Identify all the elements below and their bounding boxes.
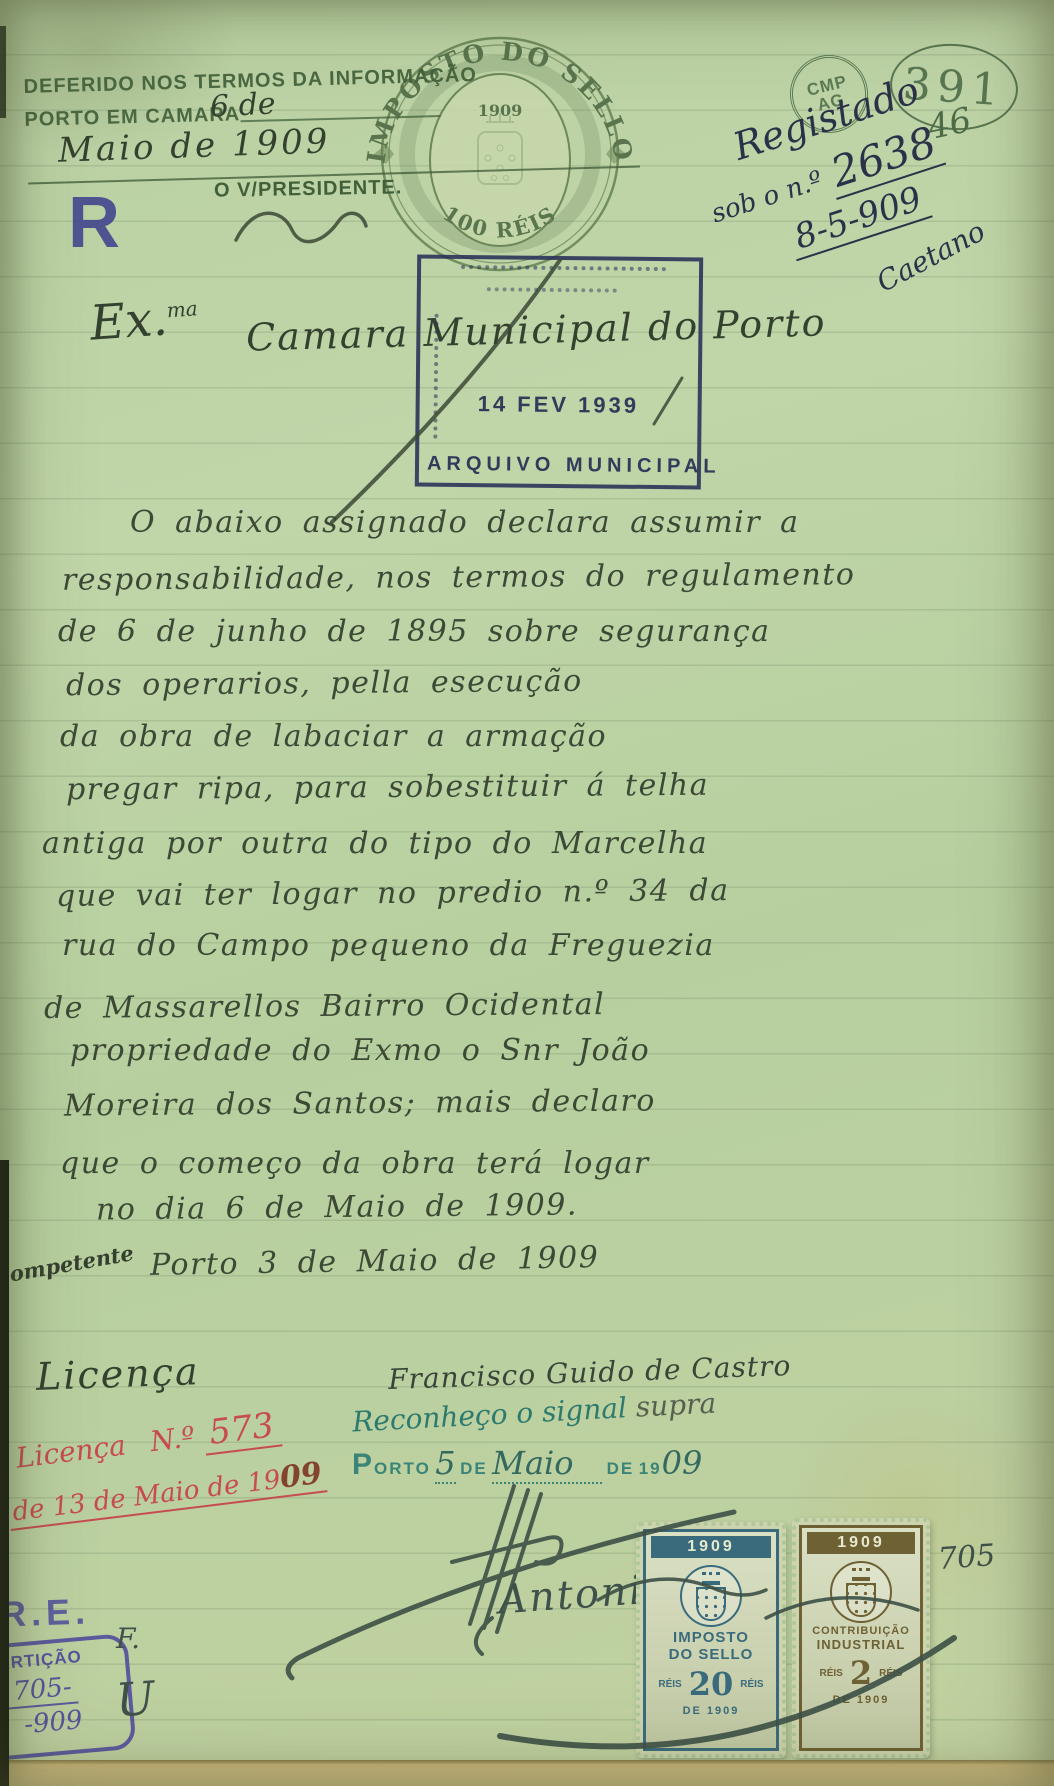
body-line: que o começo da obra terá logar [60,1146,650,1181]
body-line: de 6 de junho de 1895 sobre segurança [58,614,771,649]
licence-number: 573 [201,1405,282,1456]
number-705: 705 [937,1538,997,1577]
r-mark: R [68,182,120,264]
stamp-worn-marks [433,314,438,439]
body-line: antiga por outra do tipo do Marcelha [42,826,708,861]
body-line: propriedade do Exmo o Snr João [70,1033,650,1068]
handwritten-day: 6 de [209,86,276,124]
stamp-value-row: RÉIS 2 RÉIS [802,1654,920,1692]
seal-year: 1909 [478,101,523,120]
stamp-title: DO SELLO [646,1646,776,1663]
stamp-title: INDUSTRIAL [802,1637,920,1652]
body-line: rua do Campo pequeno da Freguezia [62,928,715,963]
stamp-year-bottom: DE 1909 [646,1705,776,1717]
porto-label: Porto [352,1448,431,1482]
stamp-title: CONTRIBUIÇÃO [802,1625,920,1637]
stamp-year-top: 1909 [651,1536,771,1558]
body-line: dos operarios, pella esecução [66,664,583,704]
revenue-stamp-contribuicao: 1909 CONTRIBUIÇÃO INDUSTRIAL RÉIS 2 RÉIS… [792,1518,930,1758]
addressee-honorific: Ex.ma [88,288,200,351]
date-month: Maio [492,1444,573,1482]
repartition-year: -909 [23,1701,127,1740]
body-line: Moreira dos Santos; mais declaro [64,1083,656,1123]
body-line: da obra de labaciar a armação [60,719,607,754]
vice-president-title: O V/PRESIDENTE. [214,176,403,202]
f-mark: F. [116,1622,140,1655]
date-year: 09 [662,1444,703,1482]
signature-hook [476,1618,492,1654]
page-edge-left [0,1160,9,1786]
re-mark: R.E. [0,1590,91,1635]
page-edge-top-left [0,26,6,118]
body-line: que vai ter logar no predio n.º 34 da [56,873,730,914]
handwritten-month-year: Maio de 1909 [57,121,331,170]
body-line: responsabilidade, nos termos do regulame… [62,557,856,598]
francisco-signature: Francisco Guido de Castro [388,1349,792,1396]
body-date-line: Porto 3 de Maio de 1909 [150,1240,600,1283]
licenca-heading: Licença [35,1349,200,1399]
archive-name: ARQUIVO MUNICIPAL [427,453,721,479]
stamp-year-top: 1909 [807,1532,915,1554]
stamp-value: 2 [850,1654,872,1692]
stamp-year-bottom: DE 1909 [802,1694,920,1706]
stamp-value: 20 [689,1665,734,1703]
stamp-coat-of-arms [680,1565,742,1627]
vice-president-signature [236,213,366,241]
licence-year: 09 [278,1456,324,1496]
stamp-coat-of-arms [830,1561,892,1623]
body-line: O abaixo assignado declara assumir a [130,505,800,540]
next-page-strip [0,1760,1054,1786]
stamp-title: IMPOSTO [646,1629,776,1646]
archive-date: 14 FEV 1939 [478,391,640,419]
licenca-red-stamp: Licença N.º 573 de 13 de Maio de 1909 [13,1400,327,1530]
u-mark: U [114,1671,156,1728]
archive-stamp: 14 FEV 1939 ARQUIVO MUNICIPAL [415,255,703,490]
body-line: pregar ripa, para sobestituir á telha [66,768,709,807]
porto-date-stamp: Porto 5 DE Maio DE 1909 [352,1444,702,1484]
scanned-document-page: DEFERIDO NOS TERMOS DA INFORMAÇÃO PORTO … [0,0,1054,1786]
body-line: no dia 6 de Maio de 1909. [96,1187,578,1227]
stamp-worn-line [461,265,666,271]
body-line: de Massarellos Bairro Ocidental [44,987,605,1026]
repartition-number: 705- [6,1671,79,1709]
stamp-worn-line [487,287,617,292]
stamp-value-row: RÉIS 20 RÉIS [646,1665,776,1703]
date-day: 5 [435,1444,455,1482]
revenue-stamp-imposto: 1909 IMPOSTO DO SELLO RÉIS 20 RÉIS DE 19… [636,1522,786,1758]
margin-note: competente [0,1240,136,1289]
flourish-cross [452,1537,562,1563]
imposto-do-sello-seal: IMPOSTO DO SELLO 1909 100 RÉIS [350,16,650,276]
